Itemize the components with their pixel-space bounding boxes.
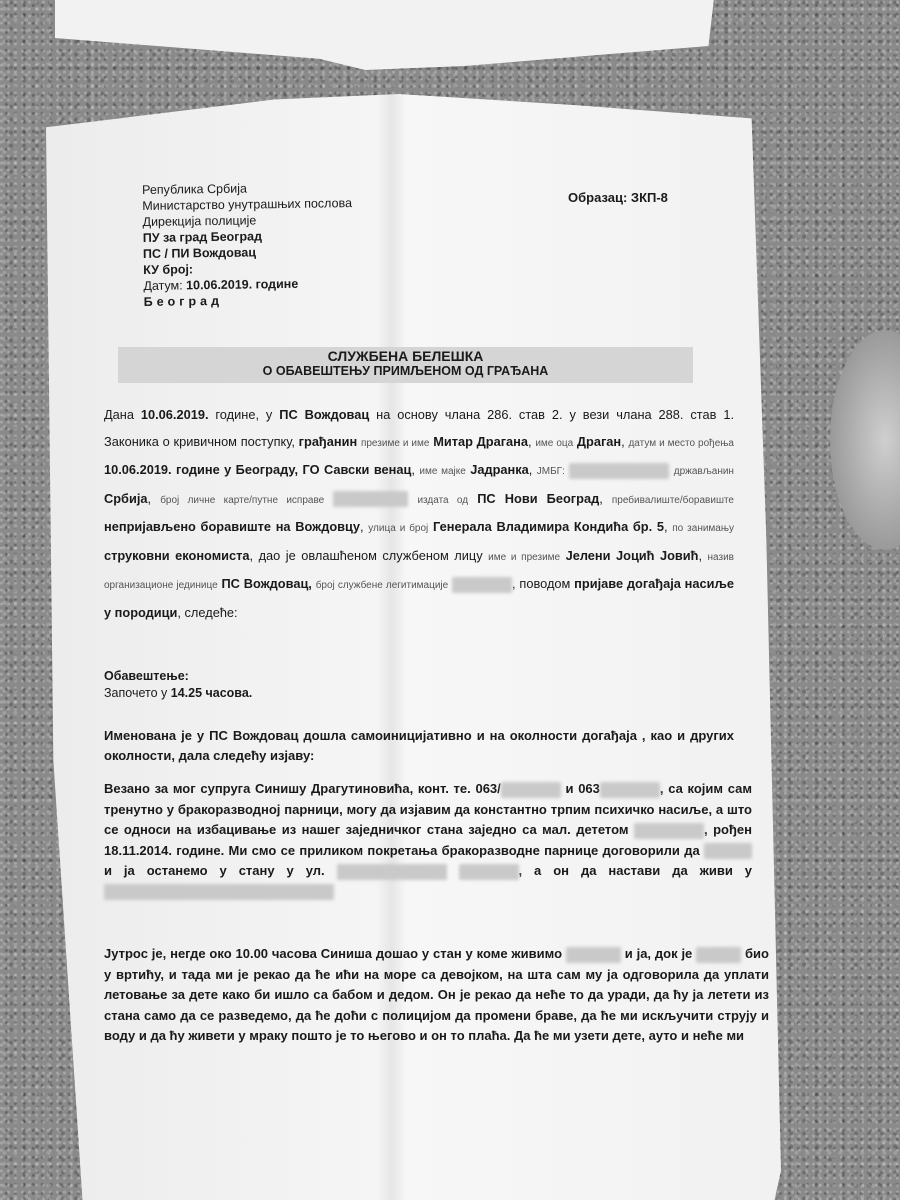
start-time: 14.25 часова. <box>171 686 253 700</box>
city: Београд <box>144 291 354 310</box>
text: грађанин <box>299 434 358 449</box>
text: , следеће: <box>177 605 237 620</box>
redacted-phone-1 <box>501 782 561 798</box>
text: , поводом <box>512 576 570 591</box>
document-title: СЛУЖБЕНА БЕЛЕШКА <box>118 348 693 364</box>
field-label: по занимању <box>672 523 734 534</box>
station-name: ПС Вождовац <box>279 407 369 422</box>
field-label: пребивалиште/боравиште <box>612 495 734 506</box>
document-subtitle: О ОБАВЕШТЕЊУ ПРИМЉЕНОМ ОД ГРАЂАНА <box>118 364 693 378</box>
redacted-child-name <box>634 823 704 839</box>
notice-label: Обавештење: <box>104 668 252 685</box>
field-label: број личне карте/путне исправе <box>160 495 324 506</box>
text: и 063 <box>566 781 600 796</box>
date-value: 10.06.2019. године <box>186 277 298 293</box>
field-label: датум и место рођења <box>628 438 734 449</box>
redacted-phone-2 <box>600 782 660 798</box>
officer-name: Јелени Јоцић Јовић <box>566 548 699 563</box>
official-note-document: Република Србија Министарство унутрашњих… <box>46 94 781 1200</box>
document-title-band: СЛУЖБЕНА БЕЛЕШКА О ОБАВЕШТЕЊУ ПРИМЉЕНОМ … <box>118 347 693 383</box>
text: , а он да настави да живи у <box>519 863 752 878</box>
field-label: држављанин <box>674 466 734 477</box>
field-label: име мајке <box>419 466 465 477</box>
statement-paragraph-1: Везано за мог супруга Синишу Драгутинови… <box>104 779 752 902</box>
text: и ја, док је <box>625 946 693 961</box>
redacted-address <box>104 884 334 900</box>
date-label: Датум: <box>143 278 182 293</box>
redacted-id-number <box>333 491 408 507</box>
event-date: 10.06.2019. <box>141 407 209 422</box>
mother-name: Јадранка <box>470 462 529 477</box>
father-name: Драган <box>577 434 621 449</box>
field-label: број службене легитимације <box>316 580 449 591</box>
background-object <box>830 330 900 550</box>
start-time-line: Започето у 14.25 часова. <box>104 685 252 702</box>
notice-block: Обавештење: Започето у 14.25 часова. <box>104 668 252 702</box>
street-address: Генерала Владимира Кондића бр. 5 <box>433 519 664 534</box>
statement-paragraph-2: Јутрос је, негде око 10.00 часова Синиша… <box>104 944 769 1047</box>
redacted-address <box>337 864 447 880</box>
field-label: име оца <box>535 438 573 449</box>
text: Започето у <box>104 686 167 700</box>
unit-name: ПС Вождовац, <box>221 576 311 591</box>
text: године, у <box>215 407 272 422</box>
redacted-badge-number <box>452 577 512 593</box>
intro-paragraph: Именована је у ПС Вождовац дошла самоини… <box>104 726 734 766</box>
field-label: презиме и име <box>361 438 429 449</box>
ministry: Министарство унутрашњих послова <box>142 195 352 214</box>
issuer: ПС Нови Београд <box>477 491 599 506</box>
field-label: издата од <box>417 495 468 506</box>
redacted-jmbg <box>569 463 669 479</box>
text: и ја останемо у стану у ул. <box>104 863 325 878</box>
redacted-address <box>459 864 519 880</box>
redacted-child-name <box>704 843 752 859</box>
text: Дана <box>104 407 134 422</box>
form-code: Образац: ЗКП-8 <box>568 190 668 205</box>
residence: непријављено боравиште на Вождовцу <box>104 519 360 534</box>
occupation: струковни економиста <box>104 548 250 563</box>
field-label: име и презиме <box>488 552 560 563</box>
text: Јутрос је, негде око 10.00 часова Синиша… <box>104 946 562 961</box>
field-label: улица и број <box>368 523 428 534</box>
citizen-name: Митар Драгана <box>433 434 528 449</box>
issuer-header: Република Србија Министарство унутрашњих… <box>142 179 353 310</box>
personal-data-paragraph: Дана 10.06.2019. године, у ПС Вождовац н… <box>104 402 734 626</box>
citizenship: Србија <box>104 491 148 506</box>
text: дао је овлашћеном службеном лицу <box>259 548 483 563</box>
text: Везано за мог супруга Синишу Драгутинови… <box>104 781 501 796</box>
background-paper-sheet <box>55 0 715 70</box>
redacted-child-name <box>566 947 621 963</box>
redacted-child-name <box>696 947 741 963</box>
birth-info: 10.06.2019. године у Београду, ГО Савски… <box>104 462 411 477</box>
field-label: ЈМБГ: <box>537 466 565 477</box>
